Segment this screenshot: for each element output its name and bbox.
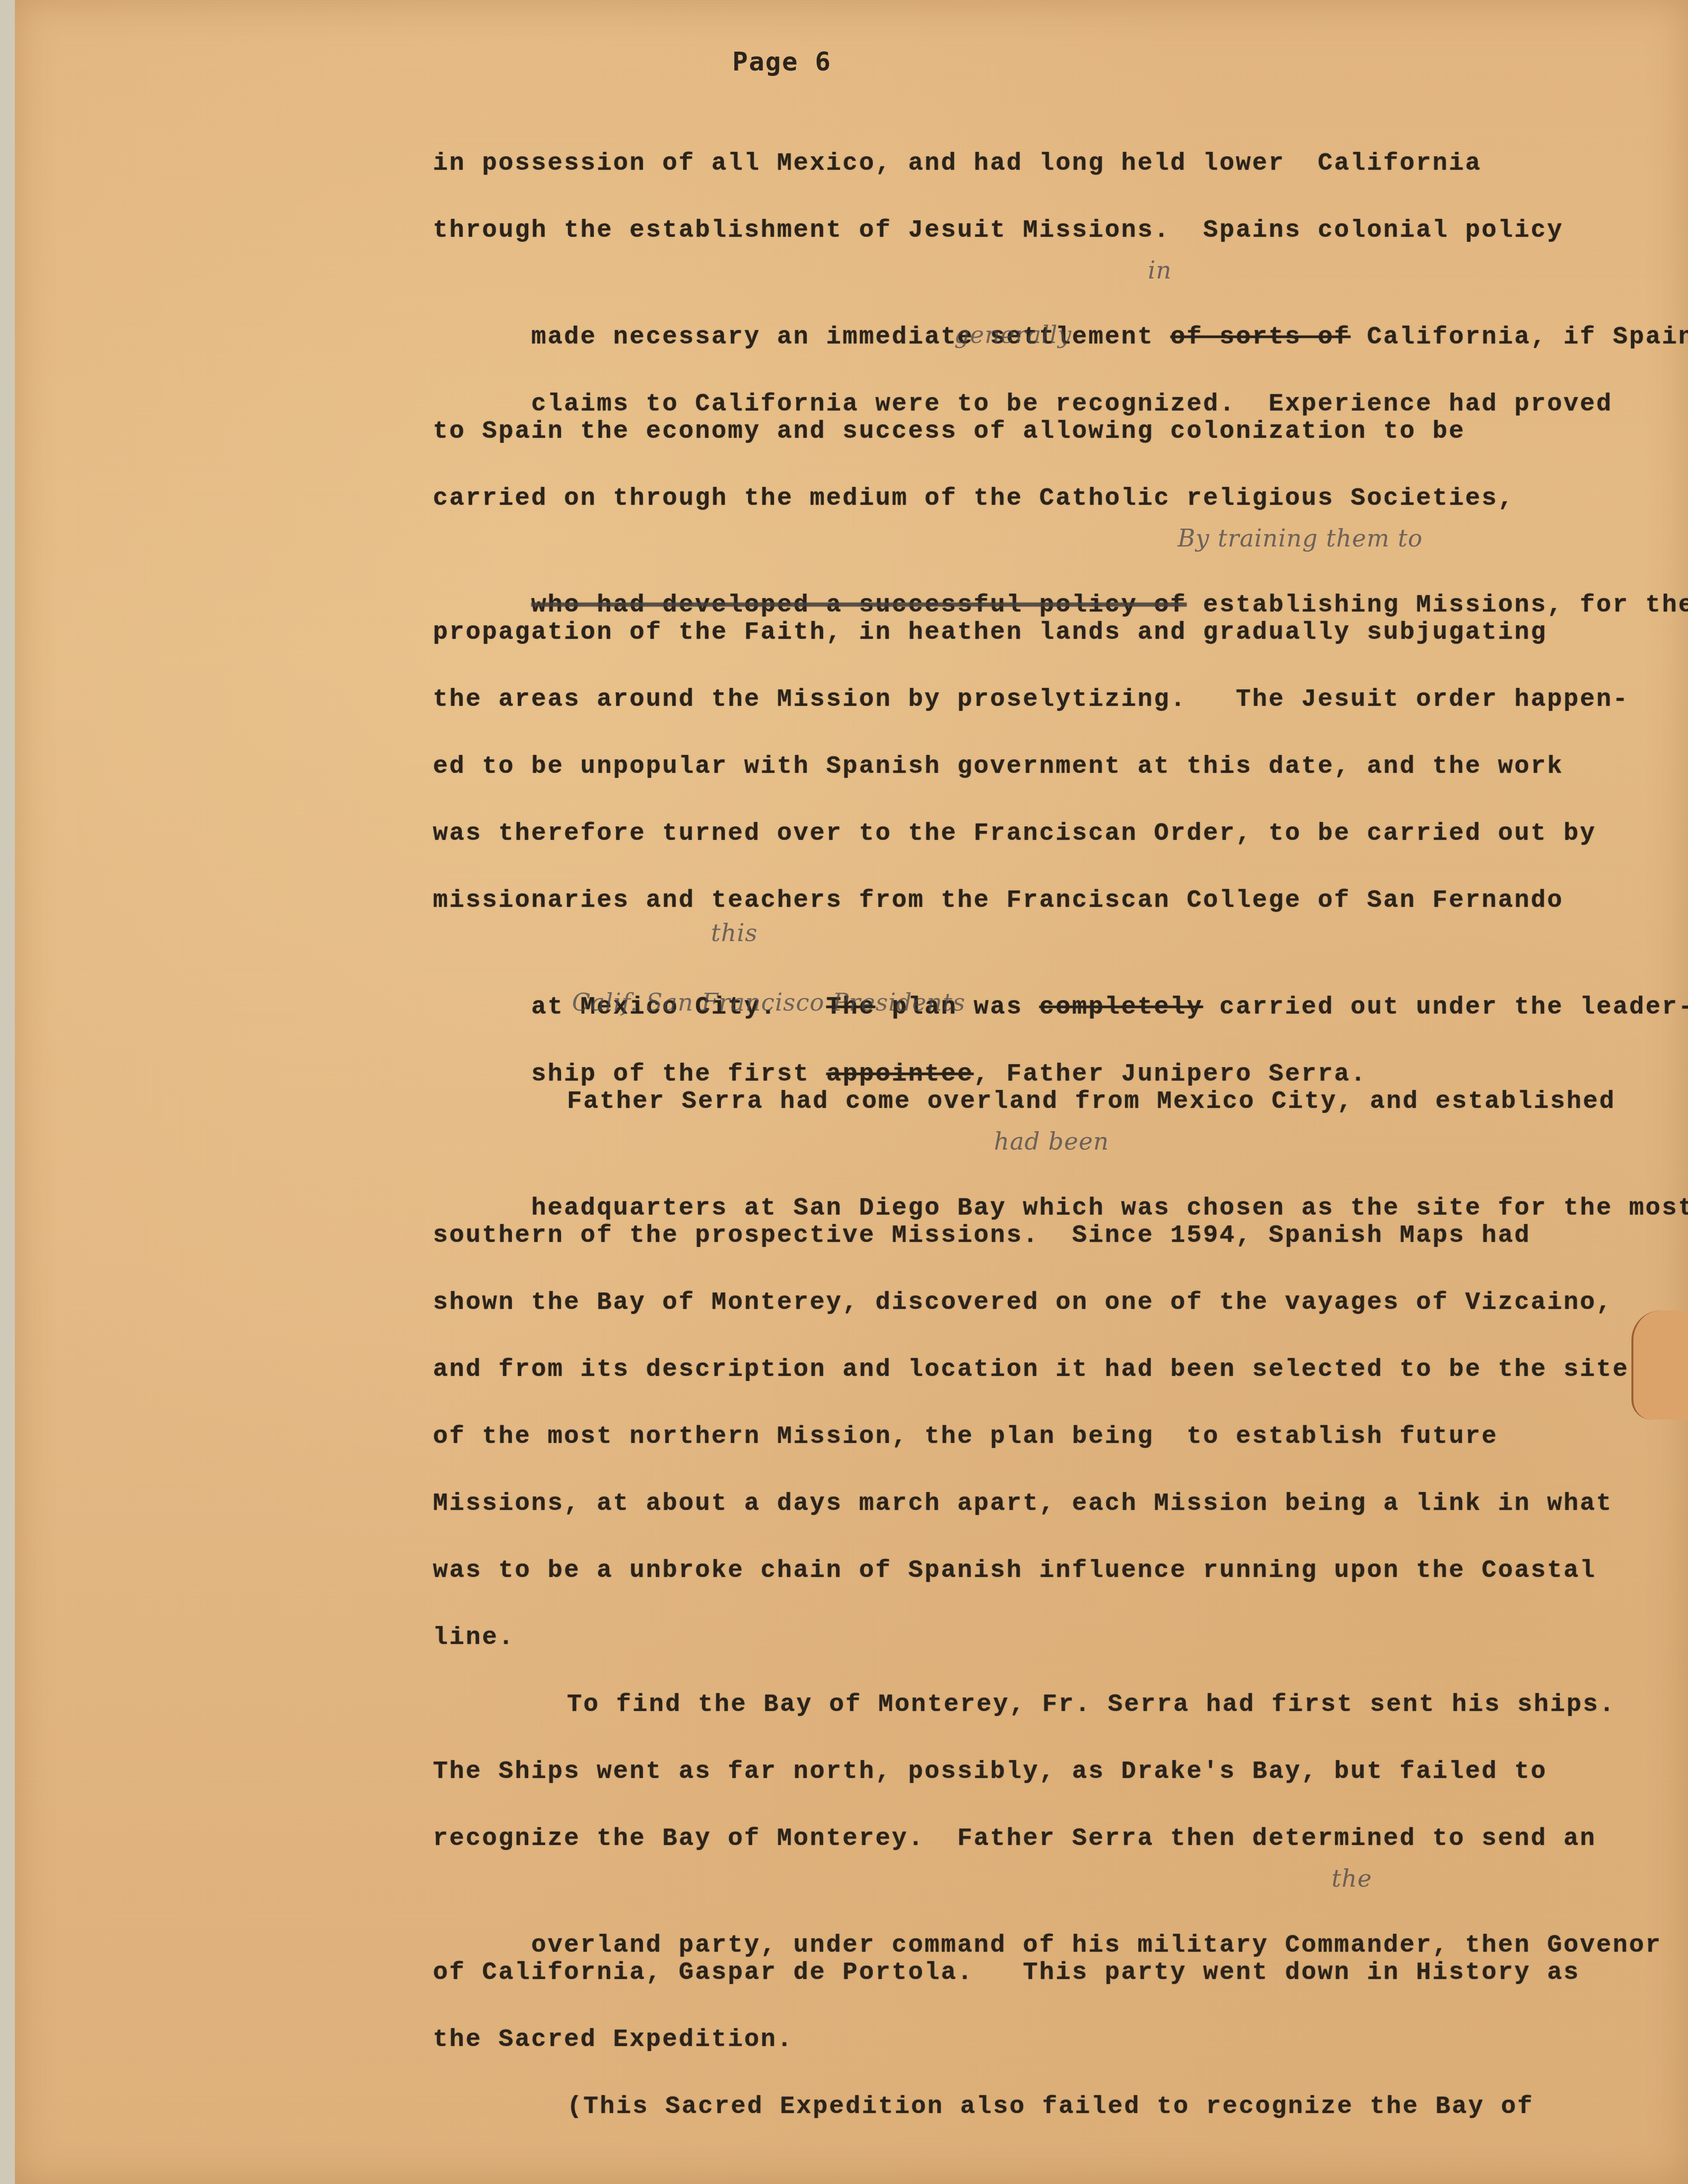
text-line: to Spain the economy and success of allo… — [433, 412, 1674, 479]
handwritten-note: this — [711, 913, 758, 953]
handwritten-note: Calif. San Francisco Presidents — [572, 983, 966, 1023]
text-line: theoverland party, under command of his … — [433, 1886, 1674, 1953]
text-line: Calif. San Francisco Presidentsship of t… — [433, 1015, 1674, 1082]
text-line: and from its description and location it… — [433, 1350, 1674, 1417]
text-line: line. — [433, 1618, 1674, 1685]
text-line: recognize the Bay of Monterey. Father Se… — [433, 1819, 1674, 1886]
text-line: ed to be unpopular with Spanish governme… — [433, 747, 1674, 814]
text-line: was to be a unbroke chain of Spanish inf… — [433, 1551, 1674, 1618]
text-line: To find the Bay of Monterey, Fr. Serra h… — [433, 1685, 1674, 1752]
text-line: had beenheadquarters at San Diego Bay wh… — [433, 1149, 1674, 1216]
handwritten-note: in — [1148, 251, 1172, 290]
text-line: (This Sacred Expedition also failed to r… — [433, 2087, 1674, 2154]
text-line: in possession of all Mexico, and had lon… — [433, 144, 1674, 211]
text-line: By training them towho had developed a s… — [433, 546, 1674, 613]
text-line: the areas around the Mission by proselyt… — [433, 680, 1674, 747]
text-line: missionaries and teachers from the Franc… — [433, 881, 1674, 948]
text-line: the Sacred Expedition. — [433, 2020, 1674, 2087]
typed-body: in possession of all Mexico, and had lon… — [433, 144, 1674, 2154]
handwritten-note: had been — [994, 1122, 1109, 1161]
text-line: generallyclaims to California were to be… — [433, 345, 1674, 412]
text-line: through the establishment of Jesuit Miss… — [433, 211, 1674, 278]
handwritten-note: the — [1332, 1859, 1372, 1899]
paper-sheet: Page 6 in possession of all Mexico, and … — [15, 0, 1688, 2184]
handwritten-note: By training them to — [1178, 519, 1423, 558]
page-number: Page 6 — [732, 47, 832, 77]
handwritten-note: generally — [954, 315, 1072, 355]
text-line: of California, Gaspar de Portola. This p… — [433, 1953, 1674, 2020]
text-line: southern of the prospective Missions. Si… — [433, 1216, 1674, 1283]
text-line: shown the Bay of Monterey, discovered on… — [433, 1283, 1674, 1350]
text-line: was therefore turned over to the Francis… — [433, 814, 1674, 881]
text-line: of the most northern Mission, the plan b… — [433, 1417, 1674, 1484]
text-line: propagation of the Faith, in heathen lan… — [433, 613, 1674, 680]
text-line: Missions, at about a days march apart, e… — [433, 1484, 1674, 1551]
text-line: The Ships went as far north, possibly, a… — [433, 1752, 1674, 1819]
text-line: carried on through the medium of the Cat… — [433, 479, 1674, 546]
